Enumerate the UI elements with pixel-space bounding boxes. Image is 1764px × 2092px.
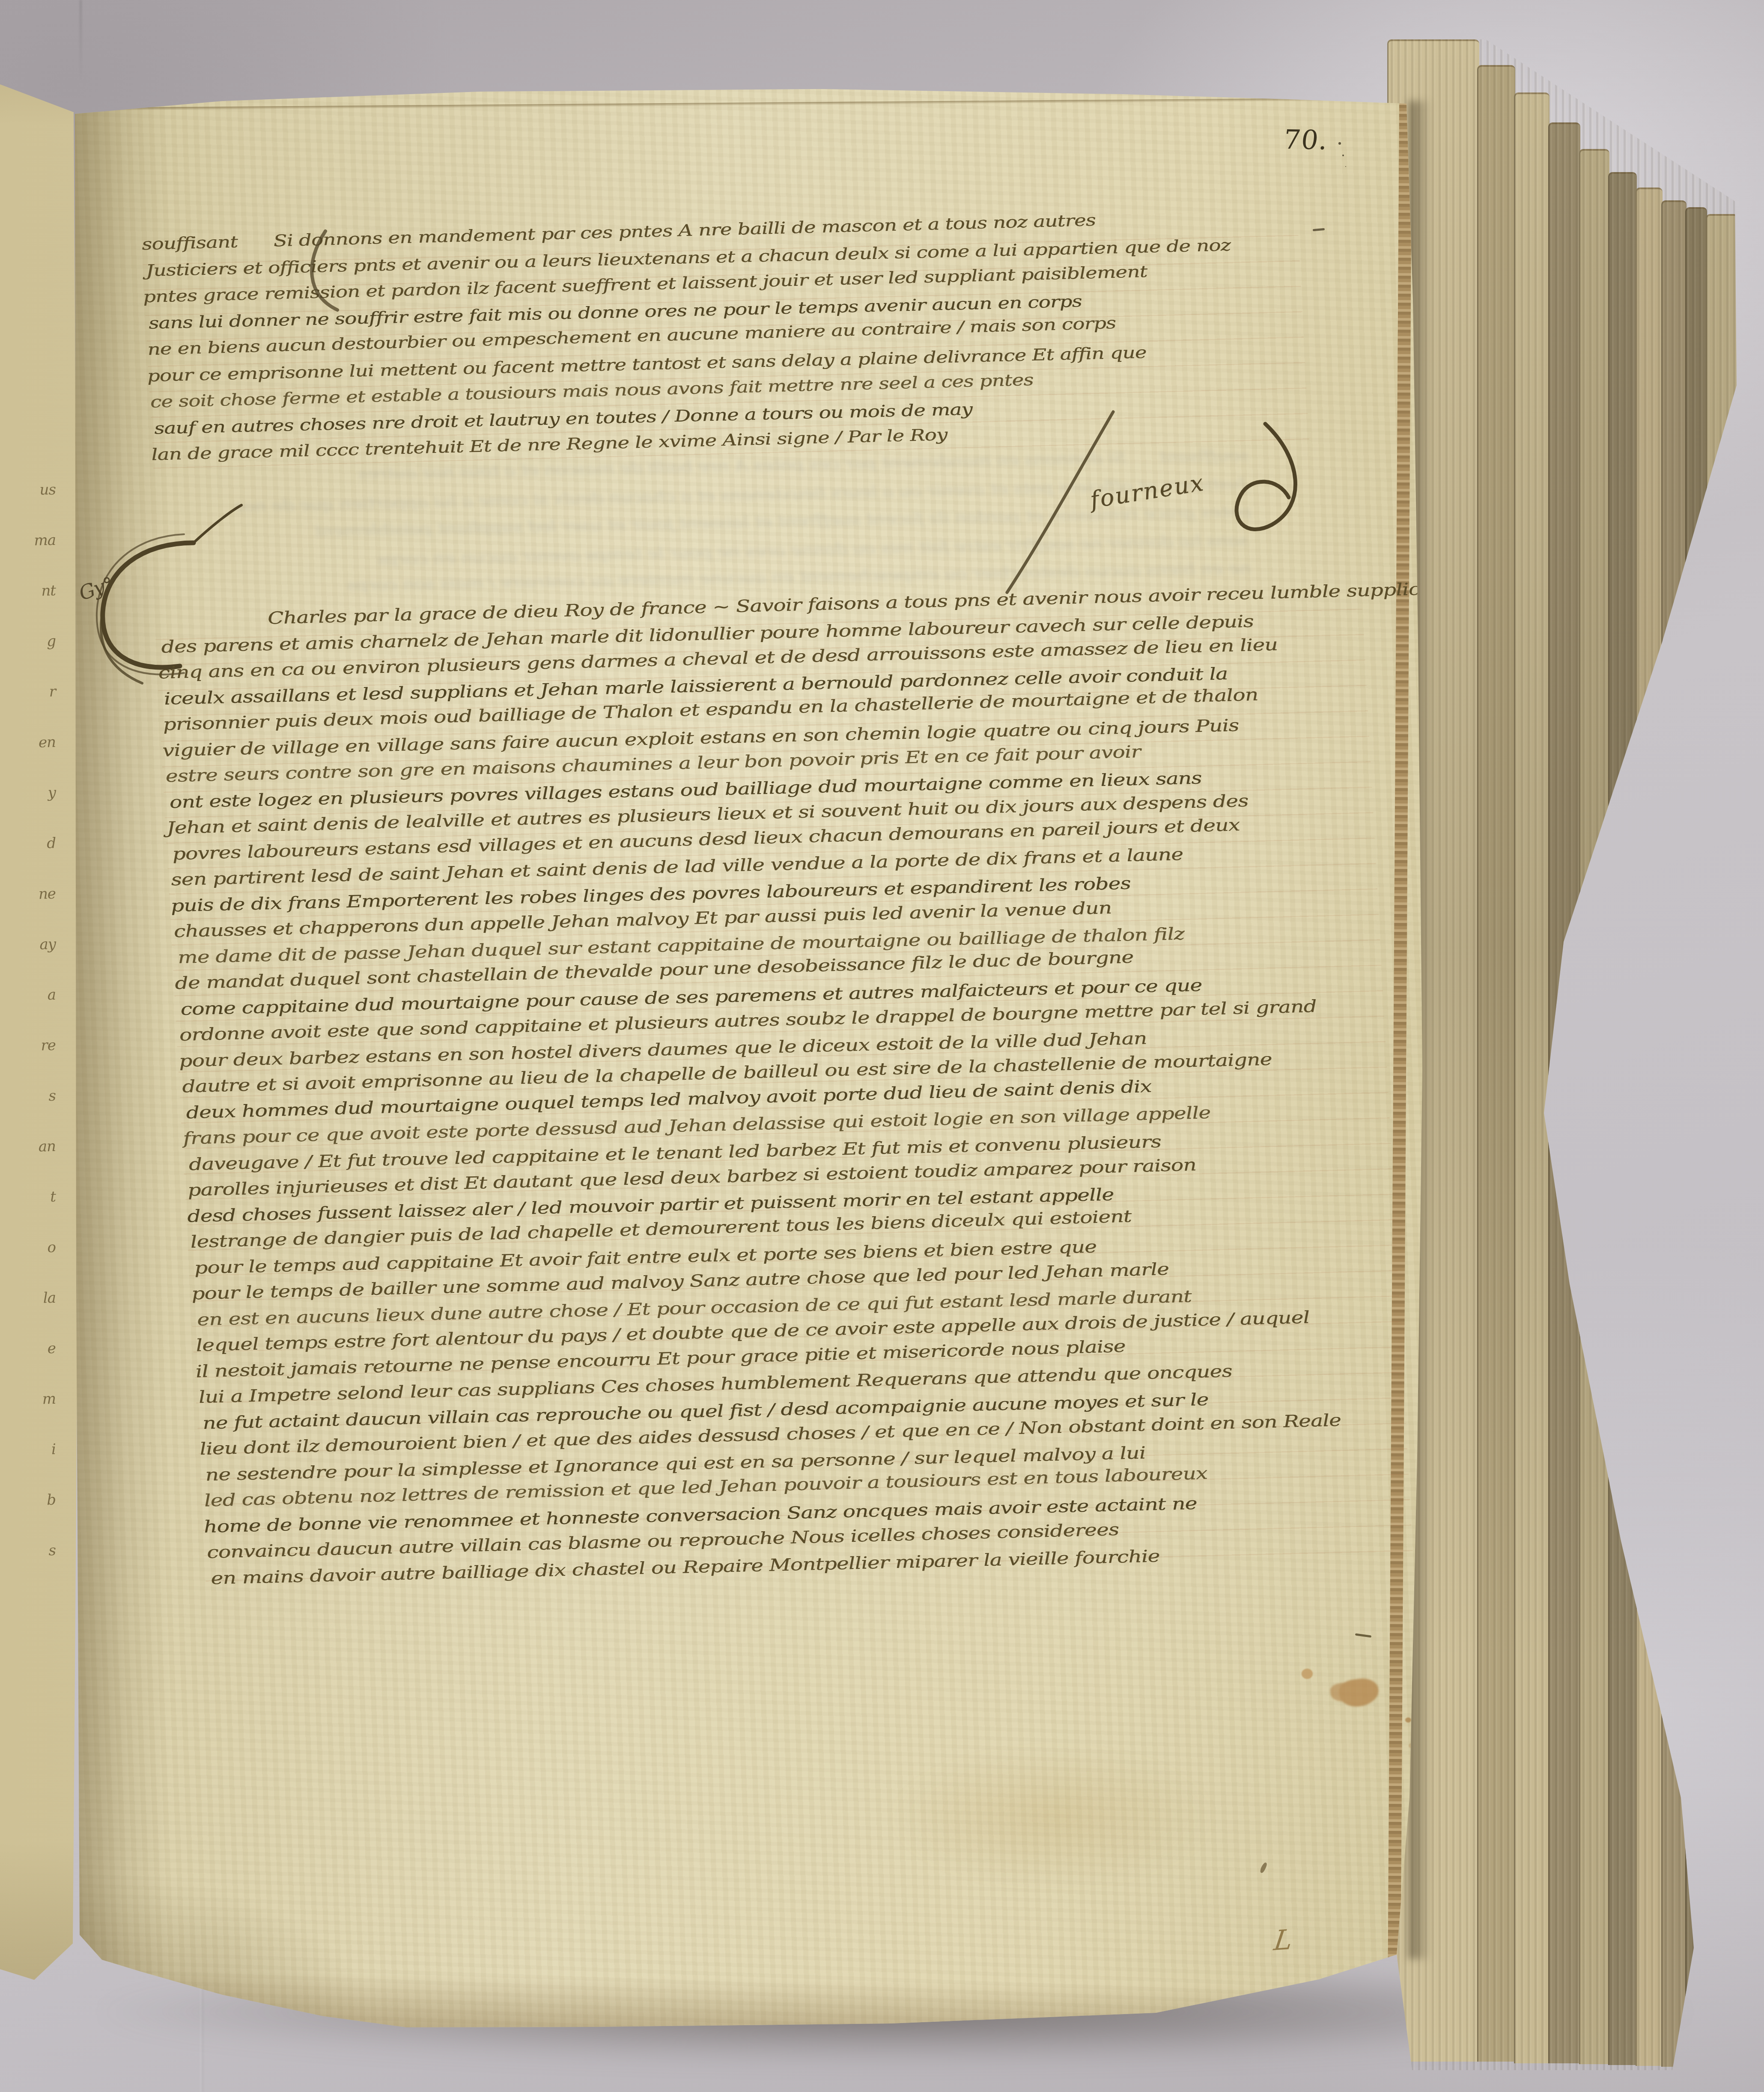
initial-c-tail [101, 612, 142, 683]
backdrop-seam [80, 0, 82, 81]
descender-stroke [1007, 412, 1113, 592]
text-fragment: s [0, 1543, 63, 1559]
text-fragment: ma [0, 533, 63, 548]
text-fragment: e [0, 1341, 63, 1357]
text-fragment: en [0, 735, 63, 750]
text-fragment: b [0, 1492, 63, 1508]
text-fragment: s [0, 1088, 63, 1104]
initial-c-entry-stroke [194, 505, 241, 543]
text-fragment: m [0, 1391, 63, 1407]
text-fragment: t [0, 1189, 63, 1205]
text-fragment: y [0, 785, 63, 801]
text-fragment: la [0, 1290, 63, 1306]
manuscript-photo: usmantgrenydneayaresantolaemibs souffisa… [0, 0, 1764, 2092]
text-fragment: r [0, 684, 63, 700]
text-fragment: i [0, 1442, 63, 1458]
text-fragment: o [0, 1240, 63, 1256]
paragraph-letter-of-remission: Charles par la grace de dieu Roy de fran… [157, 580, 1424, 1595]
text-fragment: ay [0, 937, 63, 952]
text-fragment: d [0, 836, 63, 851]
signature-paraph [1237, 424, 1295, 530]
text-fragment: an [0, 1139, 63, 1155]
text-fragment: us [0, 482, 63, 498]
text-fragment: ne [0, 886, 63, 902]
s-swash [312, 231, 337, 310]
text-fragment: a [0, 987, 63, 1003]
text-fragment: nt [0, 583, 63, 599]
text-fragment: re [0, 1038, 63, 1053]
text-fragment: g [0, 634, 63, 649]
